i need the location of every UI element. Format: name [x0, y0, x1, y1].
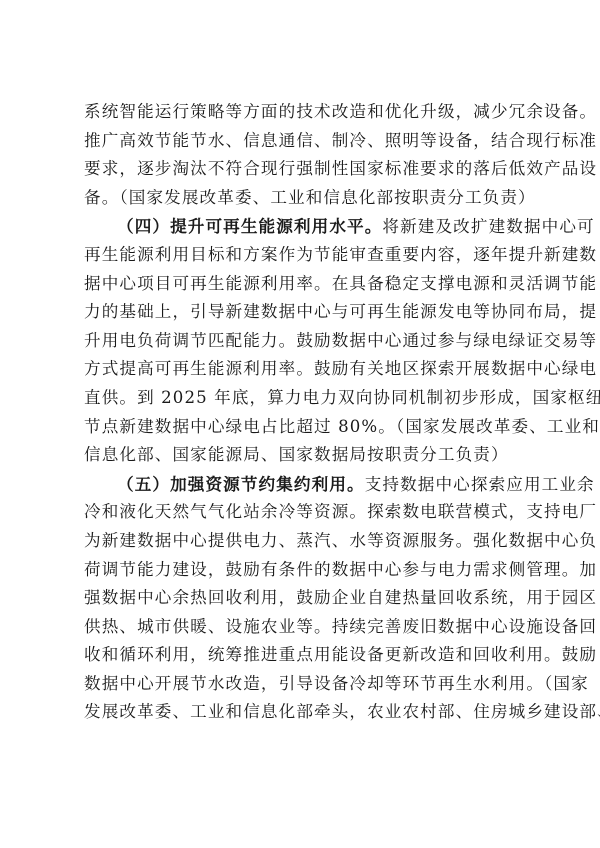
text-line: 直供。到 2025 年底，算力电力双向协同机制初步形成，国家枢纽 — [84, 384, 524, 413]
text-line: 系统智能运行策略等方面的技术改造和优化升级，减少冗余设备。 — [84, 98, 524, 127]
paragraph-section-4: （四）提升可再生能源利用水平。将新建及改扩建数据中心可 再生能源利用目标和方案作… — [84, 212, 524, 469]
text-line: 节点新建数据中心绿电占比超过 80%。（国家发展改革委、工业和 — [84, 413, 524, 442]
text-line: 据中心项目可再生能源利用率。在具备稳定支撑电源和灵活调节能 — [84, 270, 524, 299]
text-line: 推广高效节能节水、信息通信、制冷、照明等设备，结合现行标准 — [84, 127, 524, 156]
text-line: 再生能源利用目标和方案作为节能审查重要内容，逐年提升新建数 — [84, 241, 524, 270]
text-line: 信息化部、国家能源局、国家数据局按职责分工负责） — [84, 441, 524, 470]
text-line: 要求，逐步淘汰不符合现行强制性国家标准要求的落后低效产品设 — [84, 155, 524, 184]
section-heading: （四）提升可再生能源利用水平。 — [117, 216, 382, 236]
paragraph-section-5: （五）加强资源节约集约利用。支持数据中心探索应用工业余 冷和液化天然气气化站余冷… — [84, 470, 524, 727]
text-line: 方式提高可再生能源利用率。鼓励有关地区探索开展数据中心绿电 — [84, 355, 524, 384]
text-line: 数据中心开展节水改造，引导设备冷却等环节再生水利用。（国家 — [84, 670, 524, 699]
text-line: 发展改革委、工业和信息化部牵头，农业农村部、住房城乡建设部、 — [84, 698, 524, 727]
text-line: （五）加强资源节约集约利用。支持数据中心探索应用工业余 — [84, 470, 524, 499]
text-line: 供热、城市供暖、设施农业等。持续完善废旧数据中心设施设备回 — [84, 613, 524, 642]
text-line: 收和循环利用，统筹推进重点用能设备更新改造和回收利用。鼓励 — [84, 641, 524, 670]
text-line: 强数据中心余热回收利用，鼓励企业自建热量回收系统，用于园区 — [84, 584, 524, 613]
text-line: 升用电负荷调节匹配能力。鼓励数据中心通过参与绿电绿证交易等 — [84, 327, 524, 356]
section-heading: （五）加强资源节约集约利用。 — [117, 474, 365, 494]
text-line: 冷和液化天然气气化站余冷等资源。探索数电联营模式，支持电厂 — [84, 498, 524, 527]
text-line: 荷调节能力建设，鼓励有条件的数据中心参与电力需求侧管理。加 — [84, 556, 524, 585]
text-line: 为新建数据中心提供电力、蒸汽、水等资源服务。强化数据中心负 — [84, 527, 524, 556]
paragraph-continuation: 系统智能运行策略等方面的技术改造和优化升级，减少冗余设备。 推广高效节能节水、信… — [84, 98, 524, 212]
text-line: 力的基础上，引导新建数据中心与可再生能源发电等协同布局，提 — [84, 298, 524, 327]
text-line: （四）提升可再生能源利用水平。将新建及改扩建数据中心可 — [84, 212, 524, 241]
document-page: 系统智能运行策略等方面的技术改造和优化升级，减少冗余设备。 推广高效节能节水、信… — [84, 98, 524, 727]
text-line: 备。（国家发展改革委、工业和信息化部按职责分工负责） — [84, 184, 524, 213]
